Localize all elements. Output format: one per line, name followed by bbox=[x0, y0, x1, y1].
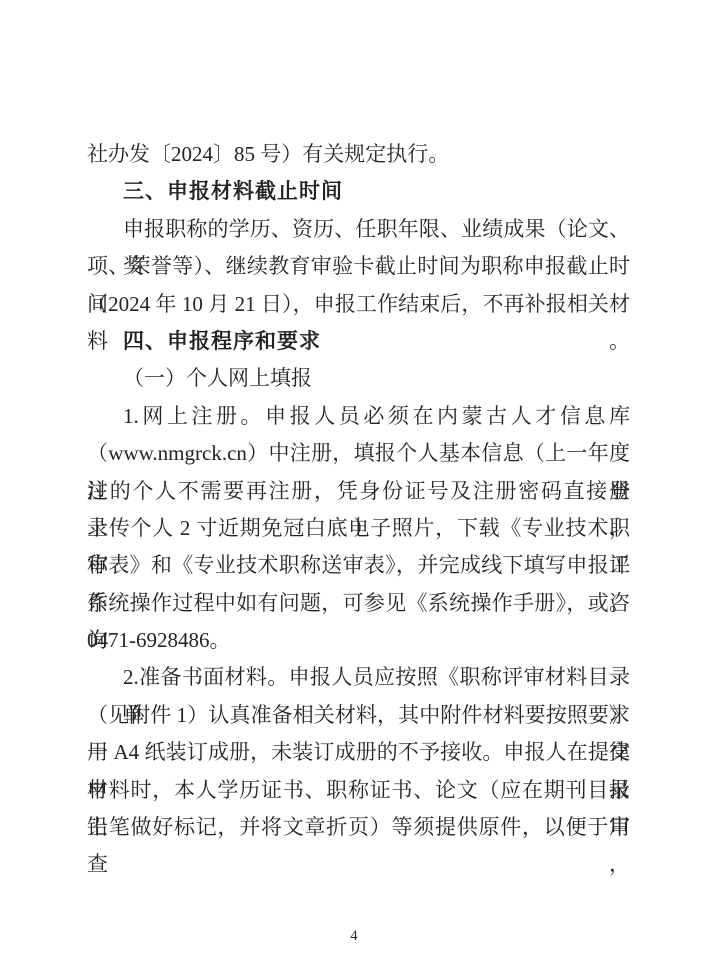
subsection-heading-1: （一）个人网上填报 bbox=[87, 360, 630, 397]
body-line: 审表》和《专业技术职称送审表》，并完成线下填写申报工作。 bbox=[87, 547, 630, 584]
body-line-phone-number: 0471-6928486。 bbox=[87, 622, 630, 659]
body-line-with-url: （www.nmgrck.cn）中注册，填报个人基本信息（上一年度注册 bbox=[87, 435, 630, 472]
section-heading-3: 三、申报材料截止时间 bbox=[87, 173, 630, 210]
body-line: 上传个人 2 寸近期免冠白底电子照片，下载《专业技术职称评 bbox=[87, 510, 630, 547]
document-page: 社办发〔2024〕85 号）有关规定执行。 三、申报材料截止时间 申报职称的学历… bbox=[0, 0, 708, 974]
document-text-block: 社办发〔2024〕85 号）有关规定执行。 三、申报材料截止时间 申报职称的学历… bbox=[87, 136, 630, 846]
body-line: 项、荣誉等）、继续教育审验卡截止时间为职称申报截止时间 bbox=[87, 248, 630, 285]
body-line: 用 A4 纸装订成册，未装订成册的不予接收。申报人在提交申报 bbox=[87, 734, 630, 771]
paragraph-continuation-line: 社办发〔2024〕85 号）有关规定执行。 bbox=[87, 136, 630, 173]
body-line: （见附件 1）认真准备相关材料，其中附件材料要按照要求一律 bbox=[87, 697, 630, 734]
body-line: 铅笔做好标记，并将文章折页）等须提供原件，以便于审查， bbox=[87, 809, 630, 846]
body-line: 材料时，本人学历证书、职称证书、论文（应在期刊目录上用 bbox=[87, 772, 630, 809]
body-line: 2.准备书面材料。申报人员应按照《职称评审材料目录单》 bbox=[87, 659, 630, 696]
body-line: 过的个人不需要再注册，凭身份证号及注册密码直接登录）， bbox=[87, 473, 630, 510]
body-line: 系统操作过程中如有问题，可参见《系统操作手册》，或咨询 bbox=[87, 585, 630, 622]
body-line: （2024 年 10 月 21 日），申报工作结束后，不再补报相关材料。 bbox=[87, 286, 630, 323]
page-number: 4 bbox=[0, 926, 708, 946]
body-line: 1.网上注册。申报人员必须在内蒙古人才信息库 bbox=[87, 398, 630, 435]
body-line: 申报职称的学历、资历、任职年限、业绩成果（论文、奖 bbox=[87, 211, 630, 248]
